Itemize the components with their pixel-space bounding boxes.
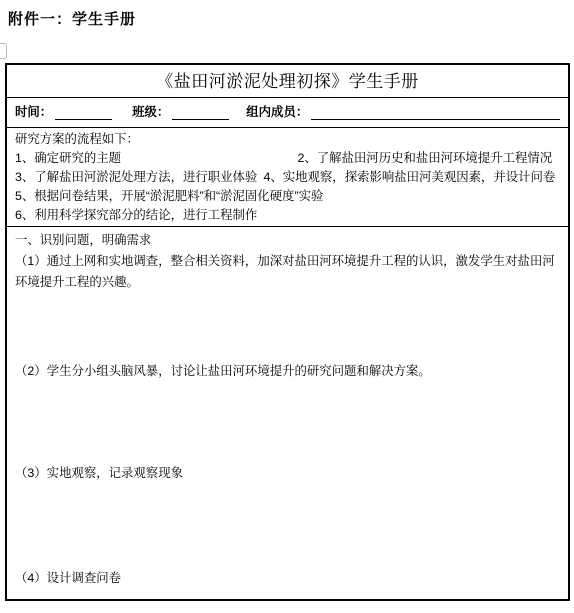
process-item-6: 6、利用科学探究部分的结论，进行工程制作 bbox=[15, 206, 560, 225]
process-item-1: 1、确定研究的主题 bbox=[15, 149, 294, 168]
process-line-1: 1、确定研究的主题 2、了解盐田河历史和盐田河环境提升工程情况 bbox=[15, 149, 560, 168]
handbook-title: 《盐田河淤泥处理初探》学生手册 bbox=[156, 72, 419, 91]
members-blank-line bbox=[311, 105, 560, 120]
members-label: 组内成员： bbox=[246, 103, 308, 122]
process-item-5: 5、根据问卷结果，开展“淤泥肥料”和“淤泥固化硬度”实验 bbox=[15, 187, 560, 206]
time-label: 时间： bbox=[15, 103, 52, 122]
time-blank-line bbox=[55, 105, 112, 120]
class-blank-line bbox=[172, 105, 229, 120]
section-one-heading: 一、识别问题，明确需求 bbox=[15, 230, 560, 251]
left-edge-artifact bbox=[0, 43, 7, 59]
process-item-2: 2、了解盐田河历史和盐田河环境提升工程情况 bbox=[297, 149, 552, 168]
section-one-item-1: （1）通过上网和实地调查，整合相关资料，加深对盐田河环境提升工程的认识，激发学生… bbox=[15, 251, 566, 293]
class-label: 班级： bbox=[132, 103, 169, 122]
info-row: 时间： 班级： 组内成员： bbox=[7, 98, 568, 128]
process-row: 研究方案的流程如下： 1、确定研究的主题 2、了解盐田河历史和盐田河环境提升工程… bbox=[7, 128, 568, 227]
document-page: 附件一：学生手册 《盐田河淤泥处理初探》学生手册 时间： 班级： 组内成员： 研… bbox=[0, 0, 574, 613]
student-handbook-table: 《盐田河淤泥处理初探》学生手册 时间： 班级： 组内成员： 研究方案的流程如下：… bbox=[5, 63, 570, 601]
section-one-item-4: （4）设计调查问卷 bbox=[15, 568, 566, 589]
section-one-row: 一、识别问题，明确需求 （1）通过上网和实地调查，整合相关资料，加深对盐田河环境… bbox=[7, 227, 568, 599]
table-title-row: 《盐田河淤泥处理初探》学生手册 bbox=[7, 65, 568, 98]
attachment-heading: 附件一：学生手册 bbox=[8, 8, 136, 29]
section-one-item-3: （3）实地观察，记录观察现象 bbox=[15, 463, 566, 484]
process-item-3: 3、了解盐田河淤泥处理方法，进行职业体验 bbox=[15, 168, 260, 187]
process-line-2: 3、了解盐田河淤泥处理方法，进行职业体验 4、实地观察，探索影响盐田河美观因素，… bbox=[15, 168, 560, 187]
section-one-item-2: （2）学生分小组头脑风暴，讨论让盐田河环境提升的研究问题和解决方案。 bbox=[15, 361, 566, 382]
process-item-4: 4、实地观察，探索影响盐田河美观因素，并设计问卷 bbox=[263, 168, 555, 187]
process-intro: 研究方案的流程如下： bbox=[15, 130, 560, 149]
